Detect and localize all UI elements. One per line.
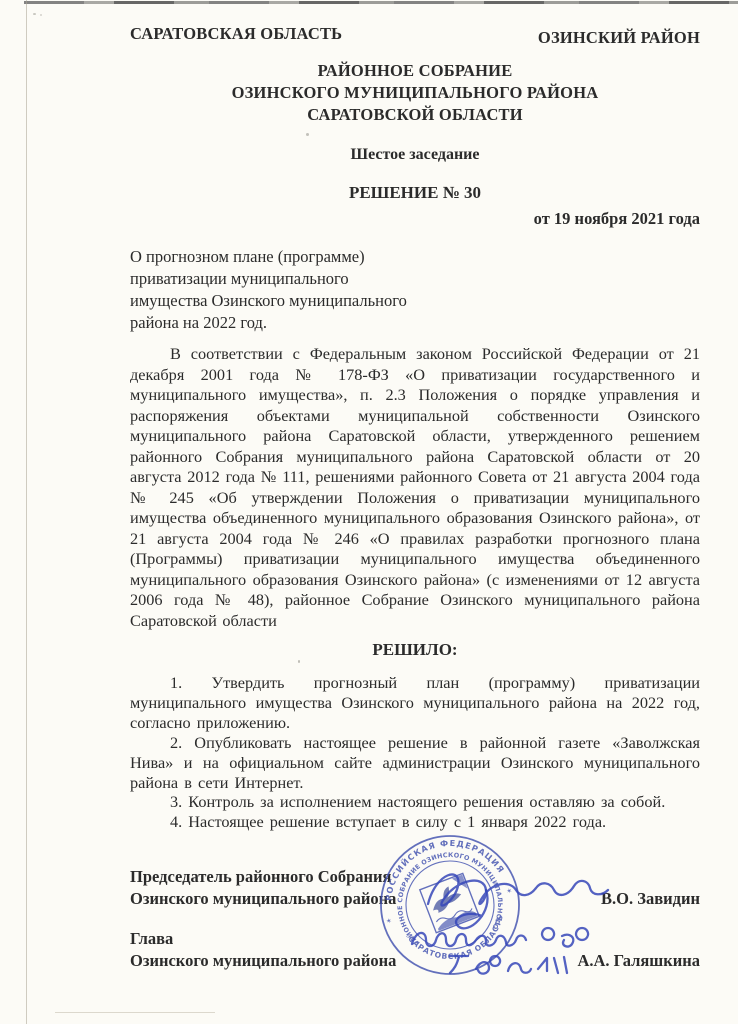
signature-block: Глава Озинского муниципального района А.… <box>130 928 700 972</box>
header-row: САРАТОВСКАЯ ОБЛАСТЬ ОЗИНСКИЙ РАЙОН <box>130 24 700 44</box>
signatory-name: В.О. Завидин <box>601 888 700 910</box>
district-label: ОЗИНСКИЙ РАЙОН <box>538 28 700 48</box>
signature-block: Председатель районного Собрания Озинског… <box>130 866 700 910</box>
signatory-title-line: Озинского муниципального района <box>130 888 396 910</box>
assembly-line: ОЗИНСКОГО МУНИЦИПАЛЬНОГО РАЙОНА <box>130 82 700 104</box>
signatory-title-line: Озинского муниципального района <box>130 950 396 972</box>
decision-item: 2. Опубликовать настоящее решение в райо… <box>130 733 700 793</box>
region-label: САРАТОВСКАЯ ОБЛАСТЬ <box>130 24 342 44</box>
decision-title: РЕШЕНИЕ № 30 <box>130 183 700 203</box>
signatory-title-line: Председатель районного Собрания <box>130 866 396 888</box>
decision-item: 1. Утвердить прогнозный план (программу)… <box>130 673 700 733</box>
subject-block: О прогнозном плане (программе) приватиза… <box>130 246 700 334</box>
decision-date: от 19 ноября 2021 года <box>130 209 700 229</box>
scan-bottom-line <box>55 1012 215 1013</box>
assembly-name: РАЙОННОЕ СОБРАНИЕ ОЗИНСКОГО МУНИЦИПАЛЬНО… <box>130 60 700 126</box>
signatory-name: А.А. Галяшкина <box>577 950 700 972</box>
document-content: САРАТОВСКАЯ ОБЛАСТЬ ОЗИНСКИЙ РАЙОН РАЙОН… <box>0 0 738 972</box>
assembly-line: РАЙОННОЕ СОБРАНИЕ <box>130 60 700 82</box>
decision-item: 4. Настоящее решение вступает в силу с 1… <box>130 812 700 832</box>
preamble-paragraph: В соответствии с Федеральным законом Рос… <box>130 344 700 631</box>
signatory-title: Председатель районного Собрания Озинског… <box>130 866 396 910</box>
decision-item: 3. Контроль за исполнением настоящего ре… <box>130 792 700 812</box>
subject-line: О прогнозном плане (программе) <box>130 246 700 268</box>
assembly-line: САРАТОВСКОЙ ОБЛАСТИ <box>130 104 700 126</box>
signatory-title: Глава Озинского муниципального района <box>130 928 396 972</box>
subject-line: района на 2022 год. <box>130 312 700 334</box>
document-page: САРАТОВСКАЯ ОБЛАСТЬ ОЗИНСКИЙ РАЙОН РАЙОН… <box>0 0 738 1024</box>
signatory-title-line: Глава <box>130 928 396 950</box>
resolved-heading: РЕШИЛО: <box>130 640 700 660</box>
subject-line: имущества Озинского муниципального <box>130 290 700 312</box>
subject-line: приватизации муниципального <box>130 268 700 290</box>
session-label: Шестое заседание <box>130 146 700 164</box>
resolution-items: 1. Утвердить прогнозный план (программу)… <box>130 673 700 832</box>
signatures-section: Председатель районного Собрания Озинског… <box>130 866 700 972</box>
